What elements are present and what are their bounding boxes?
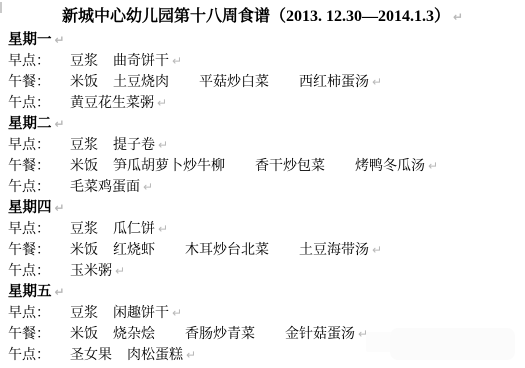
paragraph-mark-icon: ↵ xyxy=(186,348,196,362)
menu-days-container: 星期一↵早点：豆浆曲奇饼干↵午餐：米饭土豆烧肉平菇炒白菜西红柿蛋汤↵午点：黄豆花… xyxy=(6,30,519,366)
dish-item: 土豆海带汤 xyxy=(299,243,369,258)
meal-line: 早点：豆浆提子卷↵ xyxy=(6,135,519,156)
paragraph-mark-icon: ↵ xyxy=(55,117,65,131)
meal-line: 午餐：米饭笋瓜胡萝卜炒牛柳香干炒包菜烤鸭冬瓜汤↵ xyxy=(6,156,519,177)
day-section-1: 星期一↵早点：豆浆曲奇饼干↵午餐：米饭土豆烧肉平菇炒白菜西红柿蛋汤↵午点：黄豆花… xyxy=(6,30,519,114)
menu-document: 新城中心幼儿园第十八周食谱（2013. 12.30—2014.1.3）↵ 星期一… xyxy=(0,0,525,368)
meal-label: 午餐： xyxy=(8,327,50,342)
day-name-text: 星期五 xyxy=(8,284,52,300)
dish-item: 米饭 xyxy=(70,327,98,342)
dish-item: 圣女果 xyxy=(70,348,112,363)
dish-item: 提子卷 xyxy=(113,138,155,153)
paragraph-mark-icon: ↵ xyxy=(55,201,65,215)
dish-item: 平菇炒白菜 xyxy=(199,75,269,90)
dish-item: 肉松蛋糕 xyxy=(127,348,183,363)
paragraph-mark-icon: ↵ xyxy=(428,159,438,173)
meal-label: 早点： xyxy=(8,222,50,237)
dish-item: 土豆烧肉 xyxy=(113,75,169,90)
page-title: 新城中心幼儿园第十八周食谱（2013. 12.30—2014.1.3） xyxy=(62,8,450,25)
dish-item: 笋瓜胡萝卜炒牛柳 xyxy=(113,159,225,174)
meal-line: 早点：豆浆曲奇饼干↵ xyxy=(6,51,519,72)
dish-item: 玉米粥 xyxy=(70,264,112,279)
day-section-2: 星期二↵早点：豆浆提子卷↵午餐：米饭笋瓜胡萝卜炒牛柳香干炒包菜烤鸭冬瓜汤↵午点：… xyxy=(6,114,519,198)
meal-label: 午点： xyxy=(8,96,50,111)
dish-item: 金针菇蛋汤 xyxy=(285,327,355,342)
meal-line: 午餐：米饭土豆烧肉平菇炒白菜西红柿蛋汤↵ xyxy=(6,72,519,93)
meal-line: 午点：黄豆花生菜粥↵ xyxy=(6,93,519,114)
dish-item: 木耳炒台北菜 xyxy=(185,243,269,258)
day-title: 星期一↵ xyxy=(6,30,519,51)
meal-label: 午点： xyxy=(8,348,50,363)
meal-label: 午餐： xyxy=(8,75,50,90)
paragraph-mark-icon: ↵ xyxy=(157,96,167,110)
dish-item: 豆浆 xyxy=(70,222,98,237)
dish-item: 香干炒包菜 xyxy=(255,159,325,174)
paragraph-mark-icon: ↵ xyxy=(358,327,368,341)
day-name-text: 星期四 xyxy=(8,200,52,216)
dish-item: 米饭 xyxy=(70,159,98,174)
paragraph-mark-icon: ↵ xyxy=(158,138,168,152)
day-title: 星期四↵ xyxy=(6,198,519,219)
paragraph-mark-icon: ↵ xyxy=(158,222,168,236)
meal-label: 早点： xyxy=(8,138,50,153)
dish-item: 豆浆 xyxy=(70,306,98,321)
meal-label: 午点： xyxy=(8,264,50,279)
text-cursor-artifact xyxy=(0,2,2,13)
dish-item: 米饭 xyxy=(70,75,98,90)
meal-label: 午餐： xyxy=(8,243,50,258)
day-section-3: 星期四↵早点：豆浆瓜仁饼↵午餐：米饭红烧虾木耳炒台北菜土豆海带汤↵午点：玉米粥↵ xyxy=(6,198,519,282)
dish-item: 西红柿蛋汤 xyxy=(299,75,369,90)
dish-item: 豆浆 xyxy=(70,138,98,153)
dish-item: 红烧虾 xyxy=(113,243,155,258)
meal-label: 午点： xyxy=(8,180,50,195)
dish-item: 曲奇饼干 xyxy=(113,54,169,69)
dish-item: 瓜仁饼 xyxy=(113,222,155,237)
dish-item: 闲趣饼干 xyxy=(113,306,169,321)
day-title: 星期二↵ xyxy=(6,114,519,135)
meal-line: 早点：豆浆闲趣饼干↵ xyxy=(6,303,519,324)
dish-item: 豆浆 xyxy=(70,54,98,69)
paragraph-mark-icon: ↵ xyxy=(55,285,65,299)
dish-item: 香肠炒青菜 xyxy=(185,327,255,342)
paragraph-mark-icon: ↵ xyxy=(172,306,182,320)
paragraph-mark-icon: ↵ xyxy=(143,180,153,194)
day-name-text: 星期一 xyxy=(8,32,52,48)
dish-item: 毛菜鸡蛋面 xyxy=(70,180,140,195)
paragraph-mark-icon: ↵ xyxy=(372,243,382,257)
meal-line: 午餐：米饭红烧虾木耳炒台北菜土豆海带汤↵ xyxy=(6,240,519,261)
meal-label: 午餐： xyxy=(8,159,50,174)
paragraph-mark-icon: ↵ xyxy=(172,54,182,68)
day-title: 星期五↵ xyxy=(6,282,519,303)
paragraph-mark-icon: ↵ xyxy=(453,10,463,24)
paragraph-mark-icon: ↵ xyxy=(115,264,125,278)
dish-item: 烧杂烩 xyxy=(113,327,155,342)
day-name-text: 星期二 xyxy=(8,116,52,132)
meal-line: 午点：玉米粥↵ xyxy=(6,261,519,282)
dish-item: 米饭 xyxy=(70,243,98,258)
paragraph-mark-icon: ↵ xyxy=(55,33,65,47)
meal-label: 早点： xyxy=(8,54,50,69)
dish-item: 烤鸭冬瓜汤 xyxy=(355,159,425,174)
meal-line: 午点：毛菜鸡蛋面↵ xyxy=(6,177,519,198)
dish-item: 黄豆花生菜粥 xyxy=(70,96,154,111)
meal-line: 早点：豆浆瓜仁饼↵ xyxy=(6,219,519,240)
watermark xyxy=(390,328,515,360)
document-title-line: 新城中心幼儿园第十八周食谱（2013. 12.30—2014.1.3）↵ xyxy=(6,4,519,30)
paragraph-mark-icon: ↵ xyxy=(372,75,382,89)
meal-label: 早点： xyxy=(8,306,50,321)
